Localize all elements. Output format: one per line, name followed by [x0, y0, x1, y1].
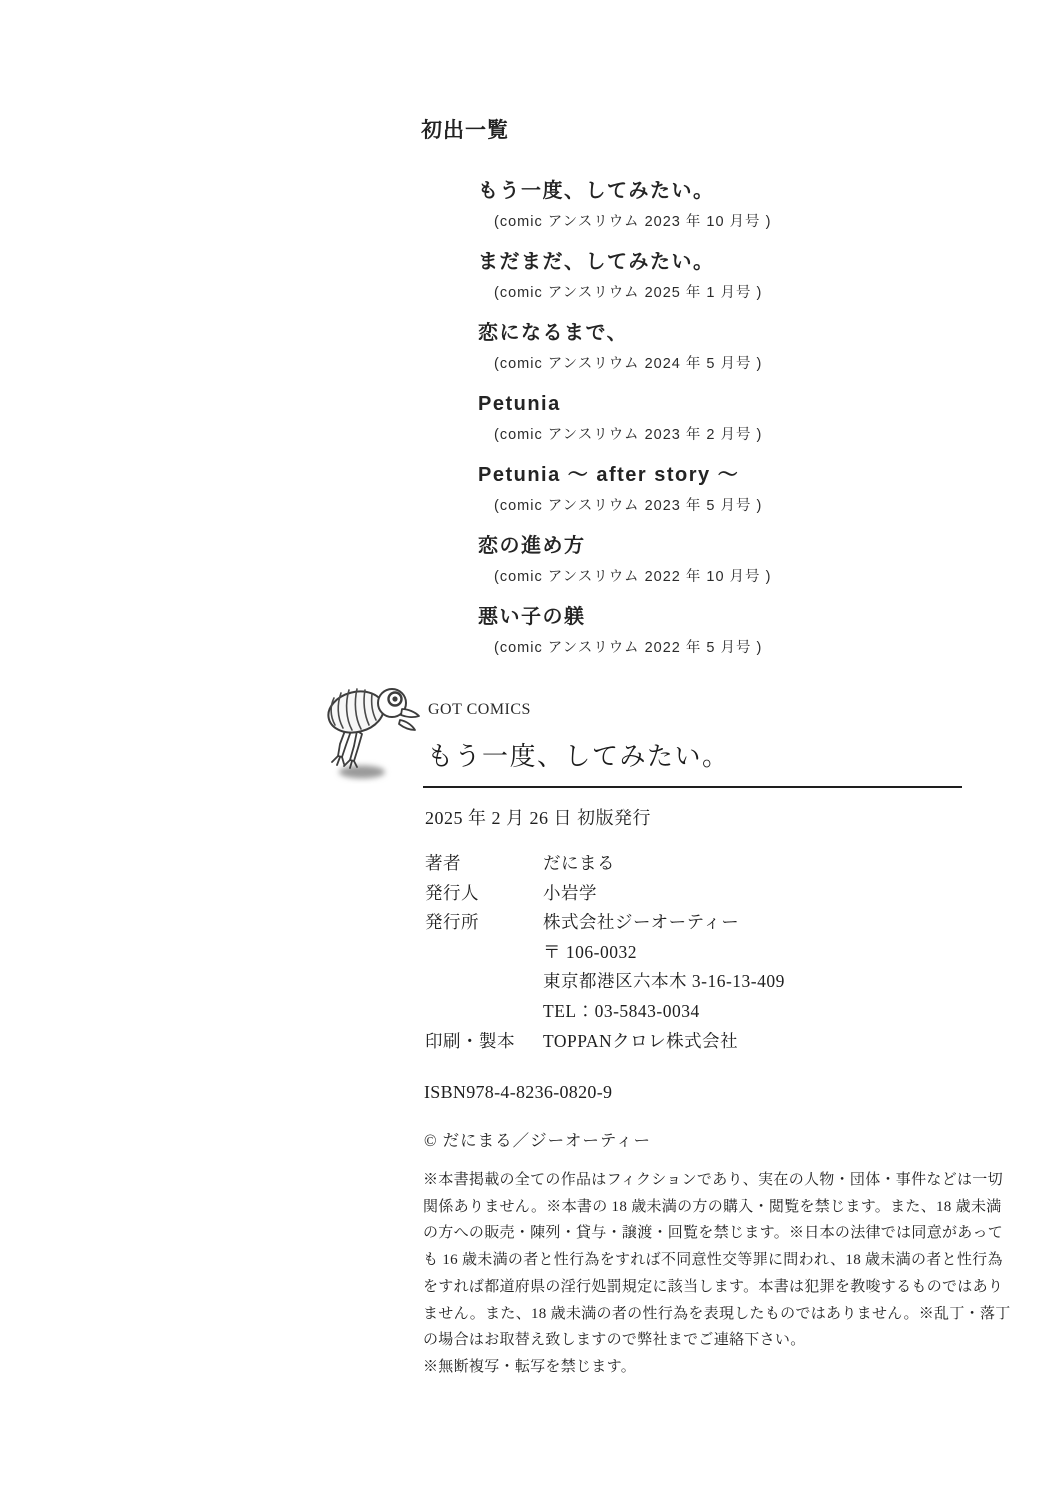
credit-label — [425, 967, 543, 997]
work-title: 恋の進め方 — [478, 533, 771, 559]
credit-label: 印刷・製本 — [425, 1027, 543, 1057]
credit-label: 発行所 — [425, 908, 543, 938]
work-source: (comic アンスリウム 2025 年 1 月号 ) — [494, 284, 771, 302]
work-entry: 悪い子の躾 (comic アンスリウム 2022 年 5 月号 ) — [478, 604, 771, 657]
title-divider — [423, 786, 962, 788]
disclaimer-line: をすれば都道府県の淫行処罰規定に該当します。本書は犯罪を教唆するものではあり — [423, 1274, 1011, 1301]
disclaimer-line: ません。また、18 歳未満の者の性行為を表現したものではありません。※乱丁・落丁 — [423, 1301, 1011, 1328]
disclaimer-line: 関係ありません。※本書の 18 歳未満の方の購入・閲覧を禁じます。また、18 歳… — [423, 1194, 1011, 1221]
credit-label: 著者 — [425, 849, 543, 879]
book-title: もう一度、してみたい。 — [427, 736, 730, 773]
brand-label: GOT COMICS — [428, 701, 531, 719]
credit-value: TEL：03-5843-0034 — [543, 997, 785, 1027]
work-source: (comic アンスリウム 2022 年 10 月号 ) — [494, 568, 771, 586]
disclaimer: ※本書掲載の全ての作品はフィクションであり、実在の人物・団体・事件などは一切 関… — [423, 1167, 1011, 1381]
work-title: Petunia ～ after story ～ — [478, 462, 771, 488]
work-source: (comic アンスリウム 2023 年 5 月号 ) — [494, 497, 771, 515]
disclaimer-line: ※無断複写・転写を禁じます。 — [423, 1354, 1011, 1381]
credit-label — [425, 997, 543, 1027]
work-entry: Petunia ～ after story ～ (comic アンスリウム 20… — [478, 462, 771, 515]
credit-value: 株式会社ジーオーティー — [543, 908, 785, 938]
credit-label: 発行人 — [425, 879, 543, 909]
colophon-page: 初出一覧 もう一度、してみたい。 (comic アンスリウム 2023 年 10… — [0, 0, 1057, 1500]
first-publication-heading: 初出一覧 — [421, 114, 509, 144]
work-entry: Petunia (comic アンスリウム 2023 年 2 月号 ) — [478, 391, 771, 444]
work-title: Petunia — [478, 391, 771, 417]
work-entry: 恋の進め方 (comic アンスリウム 2022 年 10 月号 ) — [478, 533, 771, 586]
credit-value: 〒 106-0032 — [543, 938, 785, 968]
disclaimer-line: ※本書掲載の全ての作品はフィクションであり、実在の人物・団体・事件などは一切 — [423, 1167, 1011, 1194]
copyright: © だにまる／ジーオーティー — [424, 1127, 651, 1151]
credit-value: TOPPANクロレ株式会社 — [543, 1027, 785, 1057]
bird-sketch-icon — [316, 676, 428, 784]
work-source: (comic アンスリウム 2023 年 2 月号 ) — [494, 426, 771, 444]
disclaimer-line: も 16 歳未満の者と性行為をすれば不同意性交等罪に問われ、18 歳未満の者と性… — [423, 1247, 1011, 1274]
credit-label — [425, 938, 543, 968]
credits-table: 著者 だにまる 発行人 小岩学 発行所 株式会社ジーオーティー 〒 106-00… — [425, 849, 785, 1056]
work-source: (comic アンスリウム 2024 年 5 月号 ) — [494, 355, 771, 373]
work-title: 恋になるまで、 — [478, 320, 771, 346]
work-source: (comic アンスリウム 2022 年 5 月号 ) — [494, 639, 771, 657]
work-title: もう一度、してみたい。 — [478, 178, 771, 204]
credit-value: 小岩学 — [543, 879, 785, 909]
work-entry: 恋になるまで、 (comic アンスリウム 2024 年 5 月号 ) — [478, 320, 771, 373]
disclaimer-line: の場合はお取替え致しますので弊社までご連絡下さい。 — [423, 1327, 1011, 1354]
credit-value: だにまる — [543, 849, 785, 879]
publisher-logo — [316, 676, 428, 784]
work-entry: まだまだ、してみたい。 (comic アンスリウム 2025 年 1 月号 ) — [478, 249, 771, 302]
isbn: ISBN978-4-8236-0820-9 — [424, 1082, 612, 1103]
credit-value: 東京都港区六本木 3-16-13-409 — [543, 967, 785, 997]
disclaimer-line: の方への販売・陳列・貸与・譲渡・回覧を禁じます。※日本の法律では同意があって — [423, 1220, 1011, 1247]
first-publication-list: もう一度、してみたい。 (comic アンスリウム 2023 年 10 月号 )… — [478, 178, 771, 675]
work-title: まだまだ、してみたい。 — [478, 249, 771, 275]
edition-date: 2025 年 2 月 26 日 初版発行 — [425, 804, 651, 830]
work-title: 悪い子の躾 — [478, 604, 771, 630]
work-entry: もう一度、してみたい。 (comic アンスリウム 2023 年 10 月号 ) — [478, 178, 771, 231]
work-source: (comic アンスリウム 2023 年 10 月号 ) — [494, 213, 771, 231]
